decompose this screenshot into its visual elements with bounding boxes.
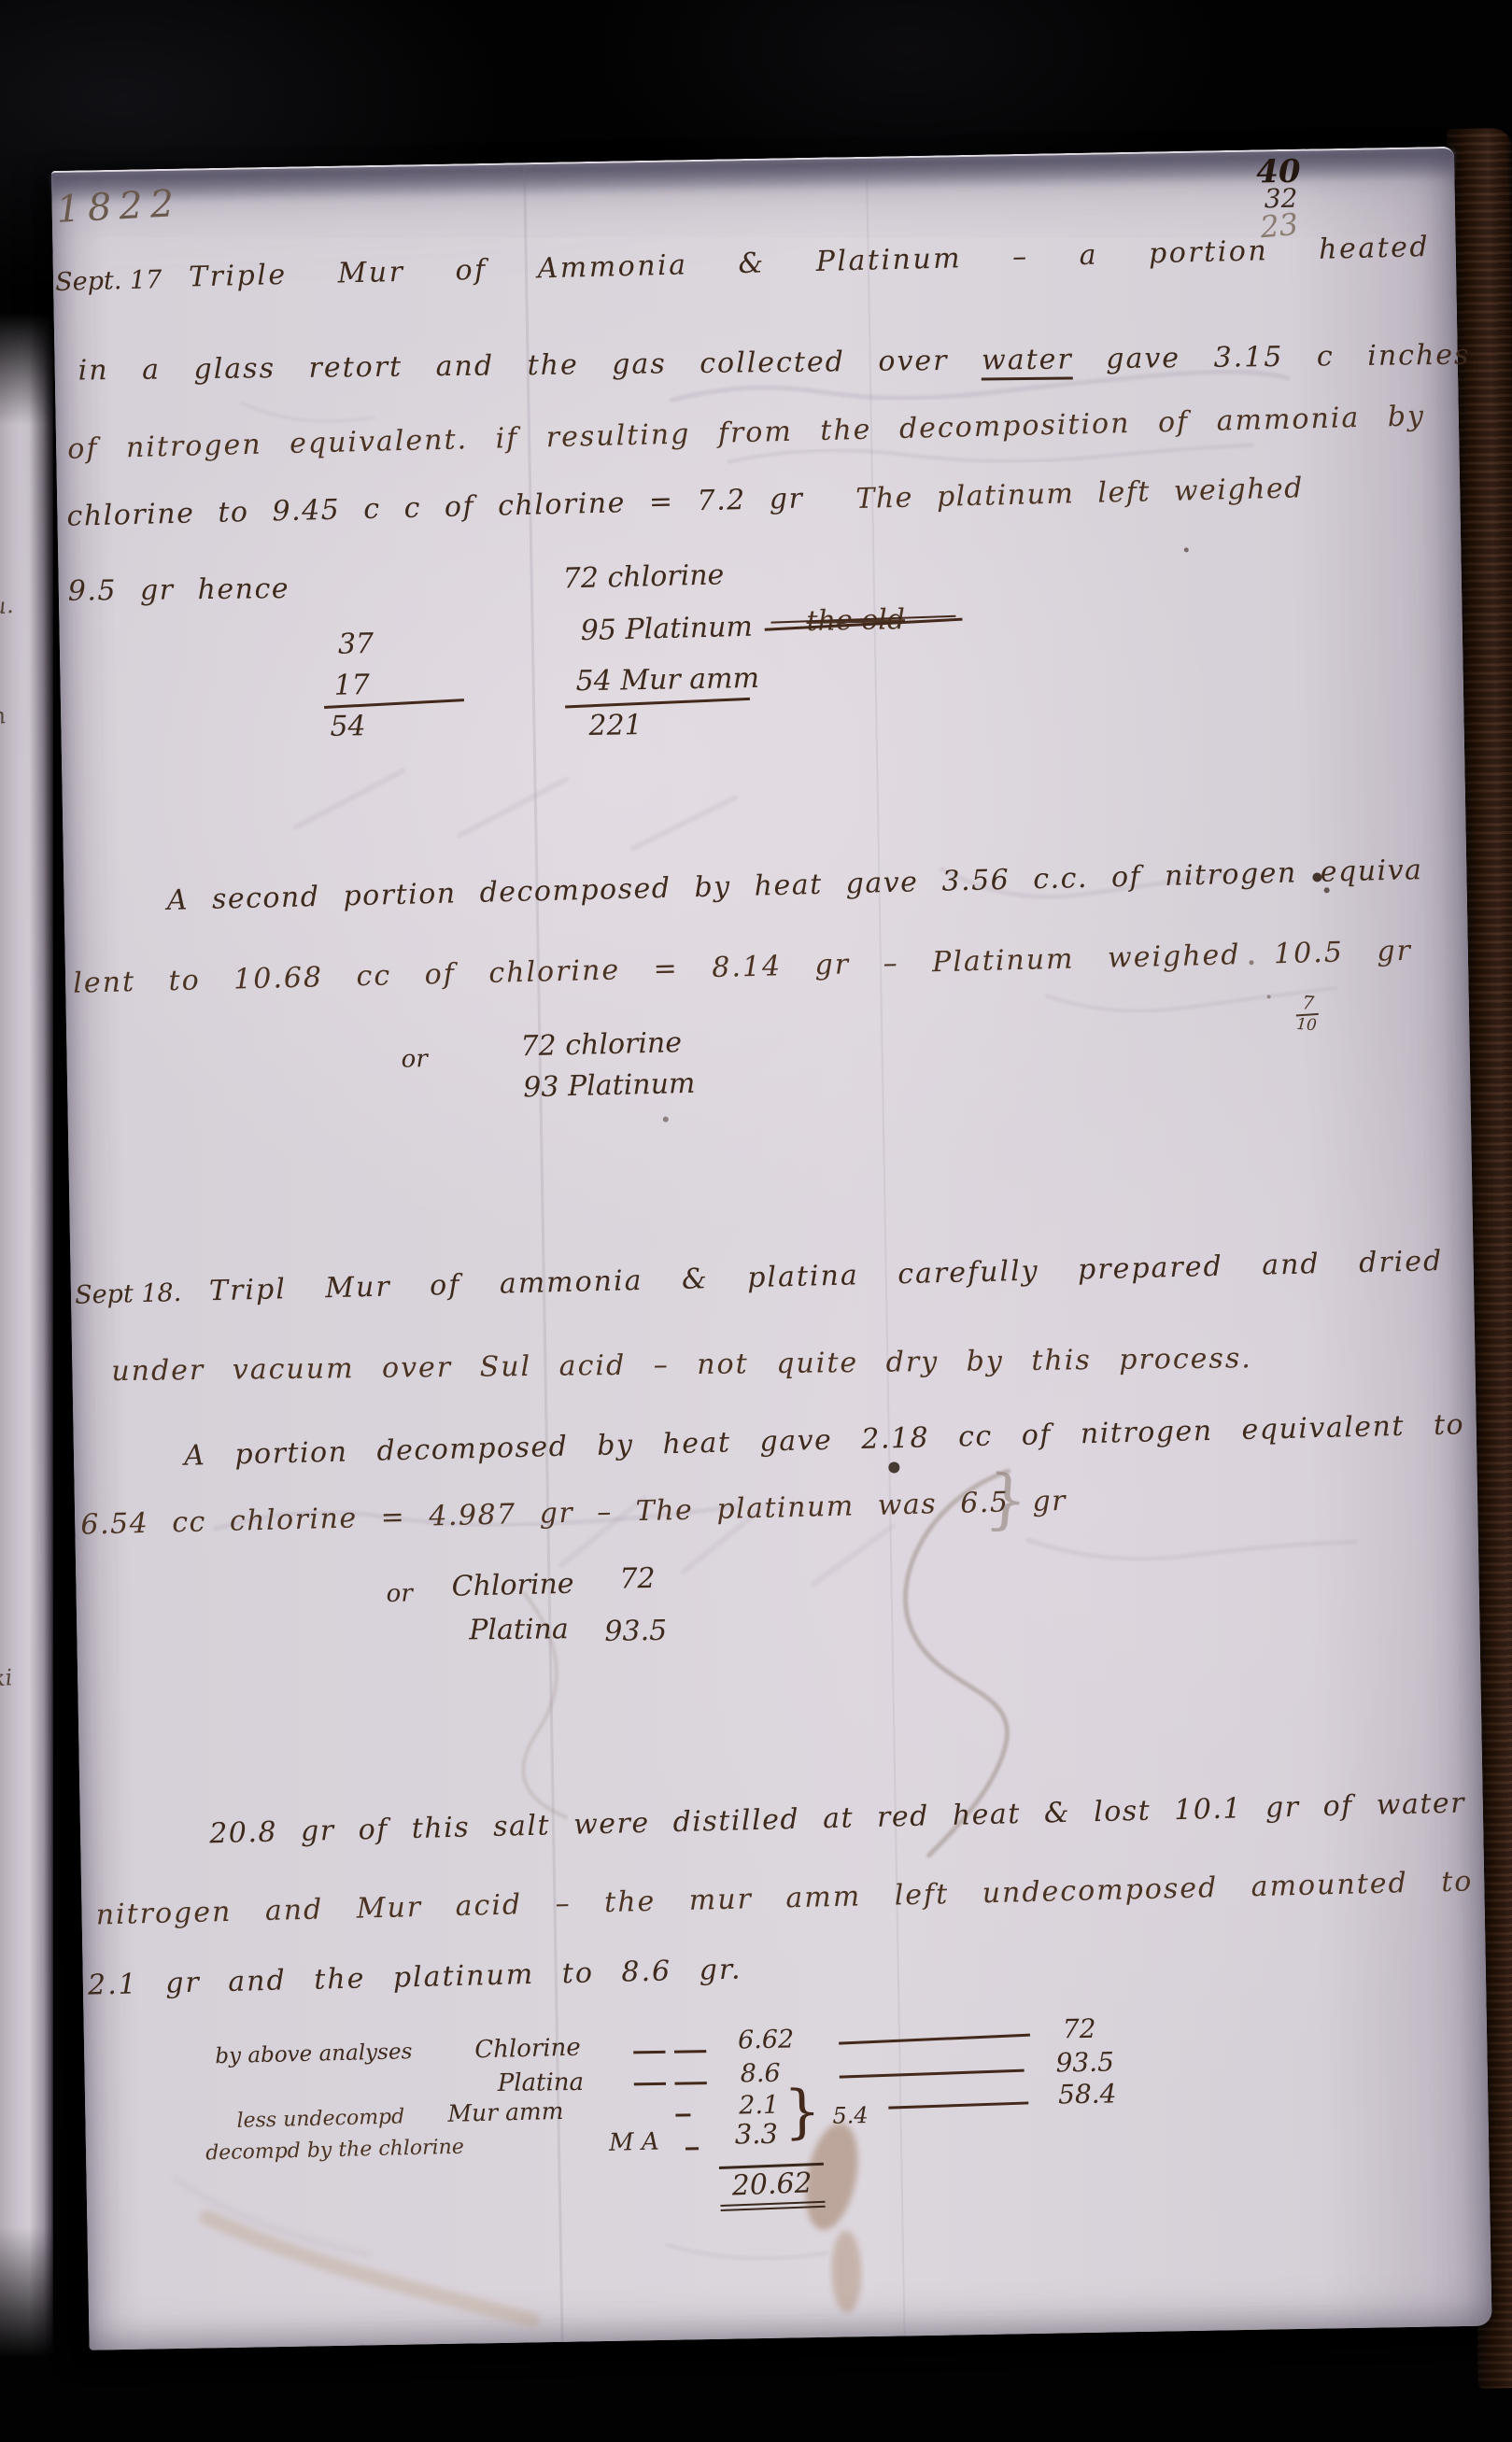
entry1-line2: in a glass retort and the gas collected … — [78, 340, 1470, 387]
year-heading: 1822 — [55, 183, 182, 231]
entry1-ratio-platinum: 95 Platinum — [580, 612, 753, 646]
entry2-line2: lent to 10.68 cc of chlorine = 8.14 gr –… — [73, 936, 1412, 999]
entry3-platina-value: 93.5 — [604, 1616, 667, 1647]
table-brace-sum: 5.4 — [832, 2103, 869, 2128]
entry1-date: Sept. 17 — [55, 266, 163, 296]
pencil-brace-mark: } — [983, 1462, 1031, 1538]
underlined-word-water: water — [982, 343, 1073, 380]
entry3-chlorine-label: Chlorine — [451, 1569, 574, 1602]
entry4-line3: 2.1 gr and the platinum to 8.6 gr. — [88, 1955, 742, 2001]
table-dash-small — [675, 2113, 690, 2116]
margin-text-fragment: ki — [0, 1664, 13, 1691]
addition-term1: 37 — [338, 628, 374, 660]
entry1-line2-pre: in a glass retort and the gas collected … — [78, 345, 982, 388]
entry3-date: Sept 18. — [75, 1279, 182, 1309]
table-row1-label: by above analyses — [215, 2040, 413, 2068]
addition-term2: 17 — [333, 670, 370, 701]
table-row3-result: 58.4 — [1058, 2080, 1117, 2110]
table-row4-value: 3.3 — [735, 2120, 779, 2151]
table-dash-small — [685, 2147, 699, 2150]
table-rule — [839, 2034, 1030, 2045]
previous-page-edges: u. h ki — [0, 313, 53, 2358]
table-row2-value: 8.6 — [740, 2060, 780, 2088]
table-row1-result: 72 — [1063, 2015, 1096, 2044]
entry3-line4: 6.54 cc chlorine = 4.987 gr – The platin… — [80, 1486, 1067, 1541]
margin-fraction: 7 10 — [1290, 991, 1324, 1036]
margin-text-fragment: u. — [0, 592, 14, 620]
table-rule — [888, 2101, 1028, 2109]
entry2-ratio-chlorine: 72 chlorine — [520, 1027, 682, 1062]
table-dash — [634, 2082, 707, 2085]
table-brace: } — [784, 2080, 822, 2144]
entry3-chlorine-value: 72 — [619, 1563, 656, 1595]
table-row4-item: M A — [609, 2129, 659, 2157]
entry4-line1: 20.8 gr of this salt were distilled at r… — [209, 1787, 1466, 1849]
fraction-denominator: 10 — [1290, 1014, 1322, 1035]
entry2-ratio-platinum: 93 Platinum — [523, 1068, 696, 1103]
entry3-line1: Tripl Mur of ammonia & platina carefully… — [209, 1246, 1444, 1306]
table-row2-result: 93.5 — [1055, 2048, 1114, 2078]
entry1-ratio-chlorine: 72 chlorine — [562, 559, 724, 594]
entry2-or-label: or — [401, 1046, 428, 1073]
entry1-mur-amm-line: 54 Mur amm — [575, 663, 759, 697]
entry1-line4a: chlorine to 9.45 c c of chlorine = 7.2 g… — [66, 483, 804, 531]
notebook-page: 1822 40 32 23 Sept. 17 Triple Mur of Amm… — [51, 147, 1492, 2350]
entry3-platina-label: Platina — [469, 1614, 569, 1645]
table-row2-item: Platina — [498, 2069, 585, 2097]
entry3-or-label: or — [386, 1580, 413, 1607]
entry1-line2-post: gave 3.15 c inches — [1073, 339, 1471, 376]
entry2-line1: A second portion decomposed by heat gave… — [166, 854, 1422, 916]
entry1-line3: of nitrogen equivalent. if resulting fro… — [67, 401, 1425, 465]
sum-rule — [565, 698, 750, 709]
table-total-box: 20.62 — [719, 2163, 826, 2211]
entry1-line1: Triple Mur of Ammonia & Platinum – a por… — [189, 232, 1431, 292]
entry1-line4b: The platinum left weighed — [855, 473, 1304, 515]
table-row3-value: 2.1 — [739, 2092, 779, 2120]
fraction-numerator: 7 — [1292, 991, 1325, 1015]
entry1-grand-total: 221 — [588, 710, 643, 741]
table-rule — [840, 2069, 1024, 2079]
table-row3-item: Mur amm — [447, 2098, 564, 2127]
margin-text-fragment: h — [0, 702, 8, 730]
table-row1-value: 6.62 — [738, 2026, 795, 2054]
table-dash — [633, 2050, 706, 2054]
entry3-line3: A portion decomposed by heat gave 2.18 c… — [184, 1409, 1465, 1471]
addition-sum: 54 — [330, 711, 366, 742]
table-row4-label: decompd by the chlorine — [205, 2137, 464, 2166]
entry1-line5: 9.5 gr hence — [68, 573, 290, 607]
entry4-line2: nitrogen and Mur acid – the mur amm left… — [95, 1866, 1473, 1930]
table-row1-item: Chlorine — [474, 2035, 581, 2064]
entry3-line2: under vacuum over Sul acid – not quite d… — [111, 1343, 1252, 1387]
table-total: 20.62 — [731, 2167, 813, 2202]
table-row3-label: less undecompd — [236, 2106, 404, 2133]
